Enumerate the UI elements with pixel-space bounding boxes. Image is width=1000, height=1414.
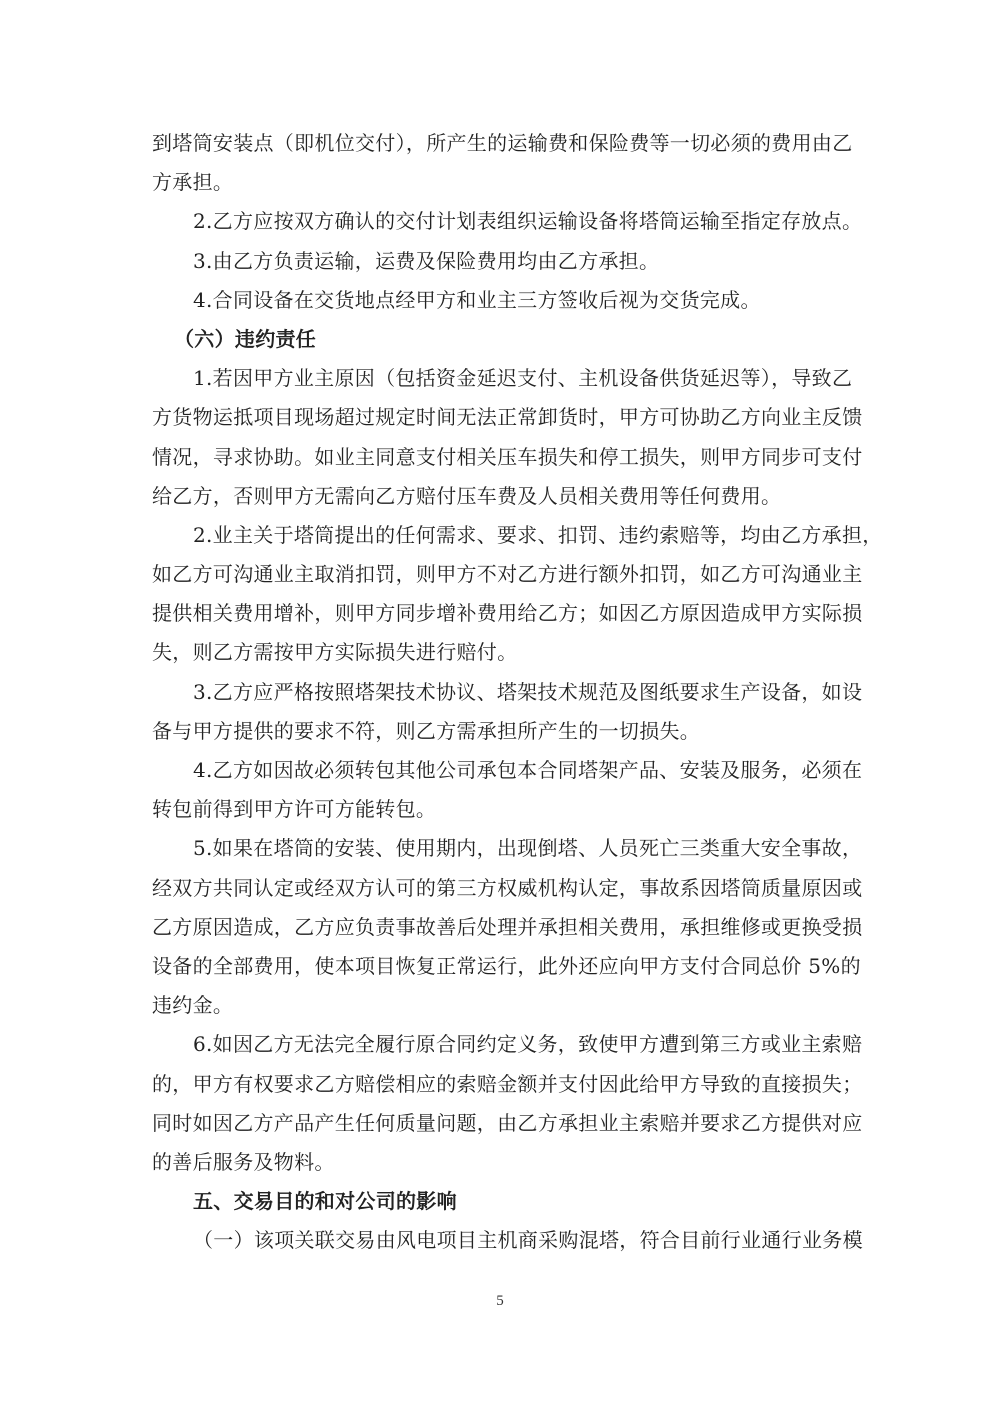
paragraph-line: 如乙方可沟通业主取消扣罚，则甲方不对乙方进行额外扣罚，如乙方可沟通业主 [152,555,850,594]
section-heading-breach-liability: （六）违约责任 [152,320,850,359]
paragraph-line: 设备的全部费用，使本项目恢复正常运行，此外还应向甲方支付合同总价 5%的 [152,947,850,986]
paragraph-line: 提供相关费用增补，则甲方同步增补费用给乙方；如因乙方原因造成甲方实际损 [152,594,850,633]
list-item-delivery-3: 3.由乙方负责运输，运费及保险费用均由乙方承担。 [152,242,850,281]
list-item-liability-5: 5.如果在塔筒的安装、使用期内，出现倒塔、人员死亡三类重大安全事故， [152,829,850,868]
paragraph-line: 到塔筒安装点（即机位交付），所产生的运输费和保险费等一切必须的费用由乙 [152,124,850,163]
paragraph-line: 同时如因乙方产品产生任何质量问题，由乙方承担业主索赔并要求乙方提供对应 [152,1104,850,1143]
document-page: 到塔筒安装点（即机位交付），所产生的运输费和保险费等一切必须的费用由乙 方承担。… [152,124,850,1260]
list-item-liability-6: 6.如因乙方无法完全履行原合同约定义务，致使甲方遭到第三方或业主索赔 [152,1025,850,1064]
paragraph-line: 备与甲方提供的要求不符，则乙方需承担所产生的一切损失。 [152,712,850,751]
paragraph-line: 经双方共同认定或经双方认可的第三方权威机构认定，事故系因塔筒质量原因或 [152,869,850,908]
list-item-liability-3: 3.乙方应严格按照塔架技术协议、塔架技术规范及图纸要求生产设备，如设 [152,673,850,712]
paragraph-line: 的善后服务及物料。 [152,1143,850,1182]
section-heading-transaction-purpose: 五、交易目的和对公司的影响 [152,1182,850,1221]
list-item-delivery-4: 4.合同设备在交货地点经甲方和业主三方签收后视为交货完成。 [152,281,850,320]
paragraph-line: 方承担。 [152,163,850,202]
paragraph-line: 违约金。 [152,986,850,1025]
paragraph-line: 失，则乙方需按甲方实际损失进行赔付。 [152,633,850,672]
list-item-delivery-2: 2.乙方应按双方确认的交付计划表组织运输设备将塔筒运输至指定存放点。 [152,202,850,241]
paragraph-line: 方货物运抵项目现场超过规定时间无法正常卸货时，甲方可协助乙方向业主反馈 [152,398,850,437]
list-item-liability-1: 1.若因甲方业主原因（包括资金延迟支付、主机设备供货延迟等），导致乙 [152,359,850,398]
list-item-liability-2: 2.业主关于塔筒提出的任何需求、要求、扣罚、违约索赔等，均由乙方承担， [152,516,850,555]
paragraph-line: 转包前得到甲方许可方能转包。 [152,790,850,829]
list-item-purpose-1: （一）该项关联交易由风电项目主机商采购混塔，符合目前行业通行业务模 [152,1221,850,1260]
paragraph-line: 给乙方，否则甲方无需向乙方赔付压车费及人员相关费用等任何费用。 [152,477,850,516]
page-number: 5 [0,1293,1000,1310]
paragraph-line: 情况，寻求协助。如业主同意支付相关压车损失和停工损失，则甲方同步可支付 [152,438,850,477]
paragraph-line: 的，甲方有权要求乙方赔偿相应的索赔金额并支付因此给甲方导致的直接损失； [152,1065,850,1104]
list-item-liability-4: 4.乙方如因故必须转包其他公司承包本合同塔架产品、安装及服务，必须在 [152,751,850,790]
paragraph-line: 乙方原因造成，乙方应负责事故善后处理并承担相关费用，承担维修或更换受损 [152,908,850,947]
